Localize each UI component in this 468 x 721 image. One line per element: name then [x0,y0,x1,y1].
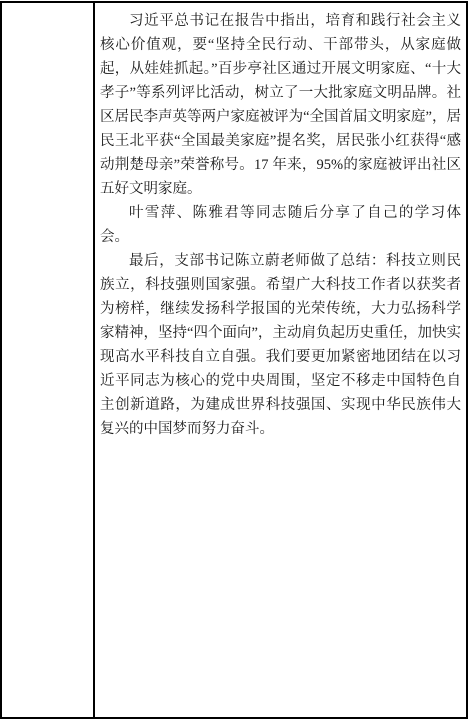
table-content-cell: 习近平总书记在报告中指出，培育和践行社会主义核心价值观，要“坚持全民行动、干部带… [95,3,466,717]
table-left-cell [2,3,95,717]
paragraph-core-values: 习近平总书记在报告中指出，培育和践行社会主义核心价值观，要“坚持全民行动、干部带… [100,9,461,201]
paragraph-summary: 最后，支部书记陈立蔚老师做了总结：科技立则民族立，科技强则国家强。希望广大科技工… [100,249,461,441]
minutes-table: 习近平总书记在报告中指出，培育和践行社会主义核心价值观，要“坚持全民行动、干部带… [0,1,468,719]
paragraph-sharing: 叶雪萍、陈雅君等同志随后分享了自己的学习体会。 [100,201,461,249]
document-page: 习近平总书记在报告中指出，培育和践行社会主义核心价值观，要“坚持全民行动、干部带… [0,0,468,721]
